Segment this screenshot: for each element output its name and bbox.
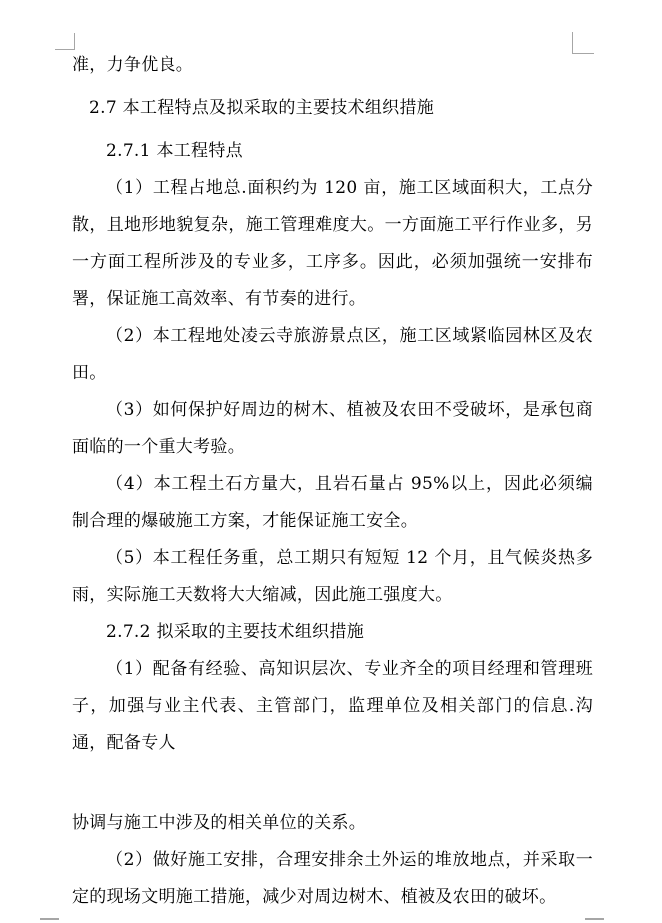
paragraph-measure-1: （1）配备有经验、高知识层次、专业齐全的项目经理和管理班子，加强与业主代表、主管… <box>72 651 593 762</box>
heading-section-2-7-1: 2.7.1 本工程特点 <box>72 133 593 170</box>
document-body: 准，力争优良。 2.7 本工程特点及拟采取的主要技术组织措施 2.7.1 本工程… <box>72 47 593 916</box>
page-margin-mark-bottom-left <box>40 918 59 923</box>
paragraph-feature-4: （4）本工程土石方量大，且岩石量占 95%以上，因此必须编制合理的爆破施工方案，… <box>72 466 593 540</box>
page-margin-mark-bottom-right <box>585 918 604 923</box>
paragraph-measure-1-continuation: 协调与施工中涉及的相关单位的关系。 <box>72 805 593 842</box>
paragraph-feature-2: （2）本工程地处凌云寺旅游景点区，施工区域紧临园林区及农田。 <box>72 318 593 392</box>
document-page: 准，力争优良。 2.7 本工程特点及拟采取的主要技术组织措施 2.7.1 本工程… <box>0 0 662 923</box>
paragraph-feature-5: （5）本工程任务重，总工期只有短短 12 个月，且气候炎热多雨，实际施工天数将大… <box>72 540 593 614</box>
paragraph-feature-1: （1）工程占地总.面积约为 120 亩，施工区域面积大，工点分散，且地形地貌复杂… <box>72 170 593 318</box>
paragraph-continuation: 准，力争优良。 <box>72 47 593 84</box>
heading-section-2-7-2: 2.7.2 拟采取的主要技术组织措施 <box>72 614 593 651</box>
paragraph-feature-3: （3）如何保护好周边的树木、植被及农田不受破坏，是承包商面临的一个重大考验。 <box>72 392 593 466</box>
heading-section-2-7: 2.7 本工程特点及拟采取的主要技术组织措施 <box>72 90 593 127</box>
paragraph-measure-2: （2）做好施工安排，合理安排余土外运的堆放地点，并采取一定的现场文明施工措施，减… <box>72 842 593 916</box>
